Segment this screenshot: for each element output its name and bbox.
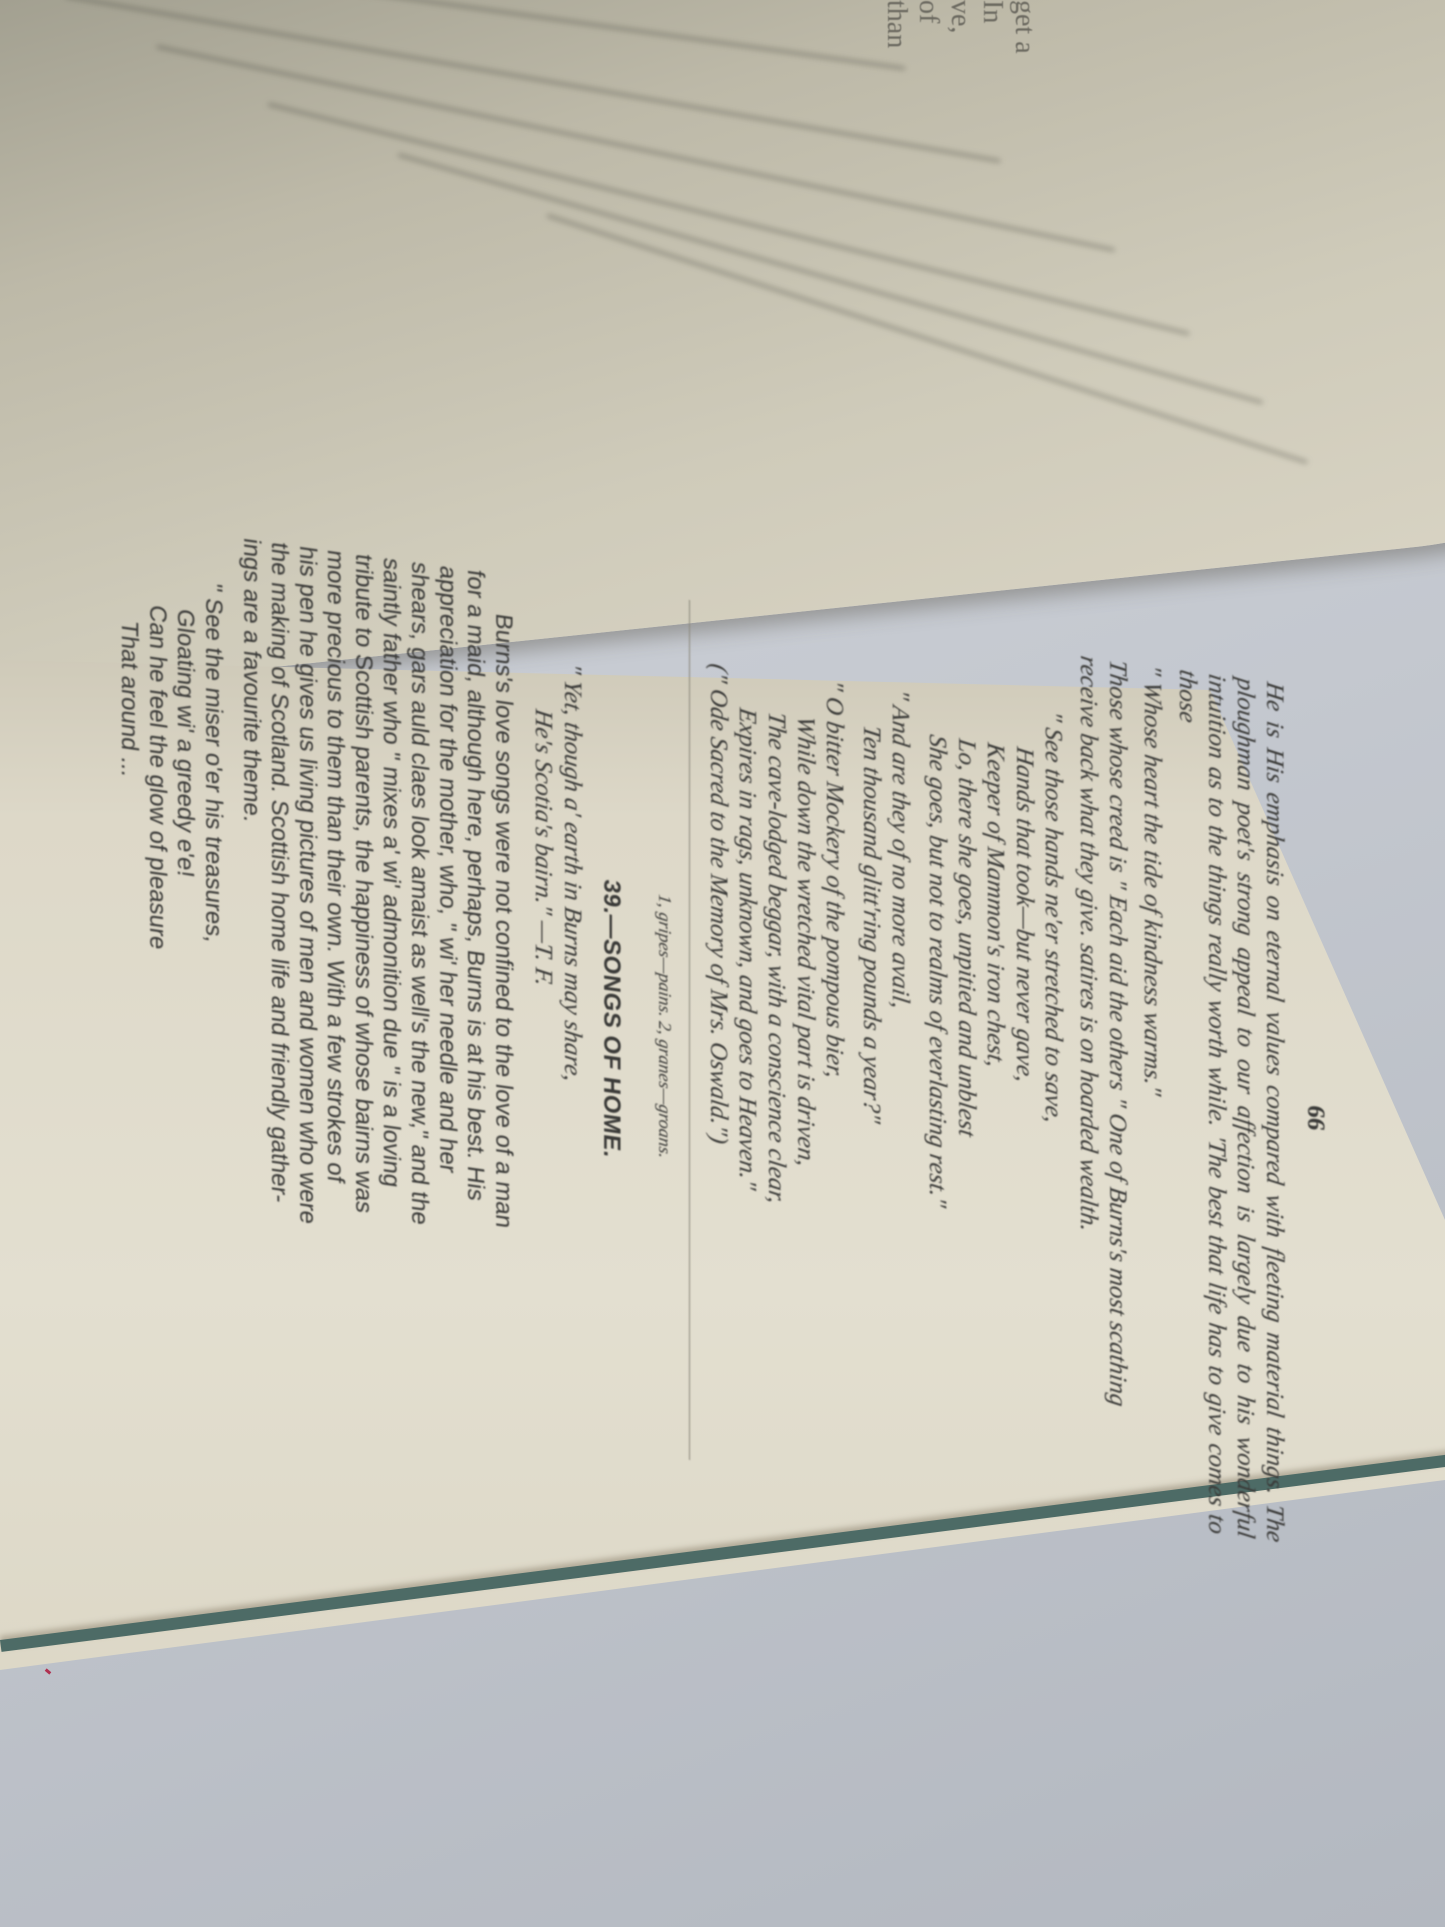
- prose-line: really worth while. 'The best that life …: [1203, 932, 1230, 1536]
- body-line: appreciation for the mother, who, " wi' …: [433, 564, 461, 1428]
- page-text-block: 66 He is His emphasis on eternal values …: [115, 519, 1330, 1550]
- epigraph: " Yet, though a' earth in Burns may shar…: [529, 577, 587, 1445]
- fragment: ve,: [944, 0, 976, 54]
- blurred-text-line: [546, 213, 1308, 464]
- epigraph-line: He's Scotia's bairn." —T. F.: [529, 707, 558, 1441]
- verse-line: Ten thousand glitt'ring pounds a year?": [857, 724, 886, 1488]
- verse-line: " And are they of no more avail,: [886, 688, 915, 1492]
- verse-block-2: " See those hands ne'er stretched to sav…: [923, 633, 1068, 1513]
- body-line: Burns's love songs were not confined to …: [489, 572, 517, 1436]
- fragment: In: [976, 0, 1008, 54]
- poem-line: " See the miser o'er his treasures,: [199, 581, 227, 1395]
- body-line: his pen he gives us living pictures of m…: [293, 544, 321, 1408]
- verse-block-3: " And are they of no more avail, Ten tho…: [857, 624, 915, 1492]
- fragment: get a: [1008, 0, 1040, 54]
- page-number: 66: [1301, 686, 1330, 1550]
- body-line: the making of Scotland. Scottish home li…: [265, 540, 293, 1404]
- body-line: more precious to them than their own. Wi…: [321, 548, 349, 1412]
- verse-line: The cave-lodged beggar, with a conscienc…: [762, 710, 791, 1474]
- verse-source: (" Ode Sacred to the Memory of Mrs. Oswa…: [704, 662, 733, 1466]
- poem-line: Gloating wi' a greedy e'e!: [171, 607, 199, 1391]
- verse-line: While down the wretched vital part is dr…: [791, 714, 820, 1478]
- body-paragraph: Burns's love songs were not confined to …: [237, 536, 517, 1435]
- fragment: than: [880, 0, 912, 54]
- verse-line: Lo, there she goes, unpitied and unblest: [952, 737, 981, 1501]
- blurred-text-line: [267, 102, 1190, 336]
- body-line: saintly father who " mixes a' wi' admoni…: [377, 556, 405, 1420]
- footnote-divider: [689, 600, 690, 1460]
- prose-line: satires is on hoarded wealth.: [1075, 942, 1102, 1234]
- prose-line: those: [1174, 668, 1201, 725]
- verse-line: " See those hands ne'er stretched to sav…: [1039, 709, 1068, 1513]
- body-line: ings are a favourite theme.: [237, 536, 265, 1400]
- poem-line: Can he feel the glow of pleasure: [143, 603, 171, 1387]
- section-title: 39.—SONGS OF HOME.: [597, 587, 626, 1451]
- book-photo-scene: get a In ve, of than 66 He is His emphas…: [0, 0, 1445, 1927]
- verse-line: She goes, but not to realms of everlasti…: [923, 733, 952, 1497]
- red-speck: [45, 1668, 52, 1674]
- body-line: shears, gars auld claes look amaist as w…: [405, 560, 433, 1424]
- verse-line: " O bitter Mockery of the pompous bier,: [820, 678, 849, 1482]
- epigraph-line: " Yet, though a' earth in Burns may shar…: [558, 662, 587, 1446]
- fragment: of: [912, 0, 944, 54]
- verse-quote: " Whose heart the tide of kindness warms…: [1138, 663, 1167, 1527]
- upper-page-text-fragments: get a In ve, of than: [880, 0, 1040, 54]
- verse-block-4: " O bitter Mockery of the pompous bier, …: [704, 602, 849, 1482]
- verse-line: Keeper of Mammon's iron chest,: [981, 741, 1010, 1505]
- prose-2: Those whose creed is " Each aid the othe…: [1074, 654, 1132, 1522]
- prose-line: receive back what they give.: [1075, 654, 1102, 939]
- body-line: tribute to Scottish parents, the happine…: [349, 552, 377, 1416]
- poem-line: That around ...: [115, 619, 143, 1383]
- verse-line: Hands that took—but never gave,: [1010, 745, 1039, 1509]
- footnote: 1, gripes—pains. 2, granes—groans.: [650, 594, 679, 1458]
- poem-block: " See the miser o'er his treasures, Gloa…: [115, 519, 227, 1395]
- verse-line: Expires in rags, unknown, and goes to He…: [733, 706, 762, 1470]
- prose-line: Those whose creed is " Each aid the othe…: [1104, 658, 1131, 1408]
- prose-line: He is His emphasis on eternal values com…: [1261, 680, 1288, 1324]
- body-line: for a maid, although here, perhaps, Burn…: [461, 568, 489, 1432]
- opening-prose: He is His emphasis on eternal values com…: [1173, 668, 1289, 1544]
- blurred-text-line: [65, 0, 1001, 163]
